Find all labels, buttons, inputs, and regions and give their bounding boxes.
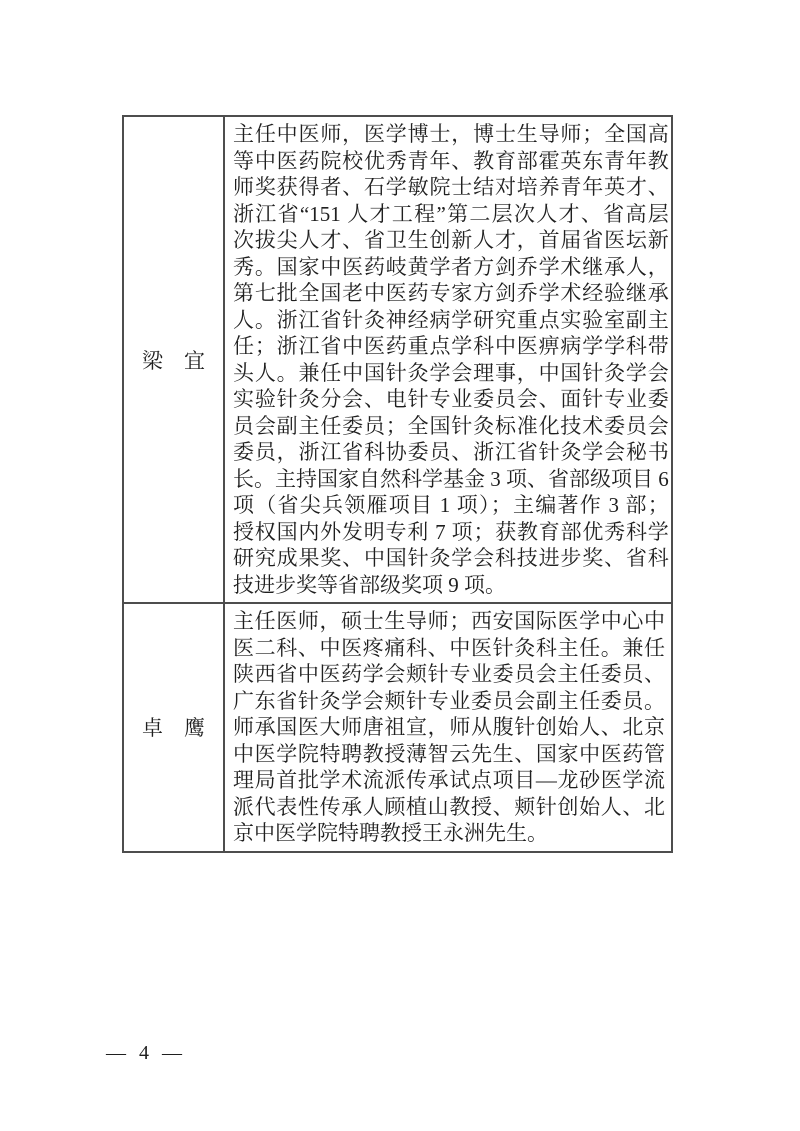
bio-line: 秀。国家中医药岐黄学者方剑乔学术继承人， — [233, 254, 669, 281]
bio-line: 等中医药院校优秀青年、教育部霍英东青年教 — [233, 148, 669, 175]
bio-line: 项（省尖兵领雁项目 1 项）；主编著作 3 部； — [233, 492, 669, 519]
bio-line: 浙江省“151 人才工程”第二层次人才、省高层 — [233, 201, 669, 228]
bio-line: 授权国内外发明专利 7 项；获教育部优秀科学 — [233, 519, 669, 546]
bio-line: 京中医学院特聘教授王永洲先生。 — [233, 820, 665, 847]
bio-line: 师承国医大师唐祖宣，师从腹针创始人、北京 — [233, 714, 665, 741]
person-bio-cell: 主任医师，硕士生导师；西安国际医学中心中医二科、中医疼痛科、中医针灸科主任。兼任… — [225, 604, 671, 851]
document-page: 梁 宜 主任中医师，医学博士，博士生导师；全国高等中医药院校优秀青年、教育部霍英… — [0, 0, 800, 1131]
bio-line: 派代表性传承人顾植山教授、颊针创始人、北 — [233, 794, 665, 821]
bio-line: 头人。兼任中国针灸学会理事，中国针灸学会 — [233, 360, 669, 387]
bio-line: 次拔尖人才、省卫生创新人才，首届省医坛新 — [233, 227, 669, 254]
bio-line: 员会副主任委员；全国针灸标准化技术委员会 — [233, 413, 669, 440]
bio-line: 人。浙江省针灸神经病学研究重点实验室副主 — [233, 307, 669, 334]
table-row: 卓 鹰 主任医师，硕士生导师；西安国际医学中心中医二科、中医疼痛科、中医针灸科主… — [124, 604, 671, 851]
bio-line: 主任中医师，医学博士，博士生导师；全国高 — [233, 121, 669, 148]
person-name-cell: 梁 宜 — [124, 117, 225, 602]
bio-line: 陕西省中医药学会颊针专业委员会主任委员、 — [233, 661, 665, 688]
bio-line: 师奖获得者、石学敏院士结对培养青年英才、 — [233, 174, 669, 201]
bio-line: 理局首批学术流派传承试点项目—龙砂医学流 — [233, 767, 665, 794]
bio-table: 梁 宜 主任中医师，医学博士，博士生导师；全国高等中医药院校优秀青年、教育部霍英… — [122, 115, 673, 853]
bio-line: 第七批全国老中医药专家方剑乔学术经验继承 — [233, 280, 669, 307]
table-row: 梁 宜 主任中医师，医学博士，博士生导师；全国高等中医药院校优秀青年、教育部霍英… — [124, 117, 671, 604]
bio-line: 中医学院特聘教授薄智云先生、国家中医药管 — [233, 741, 665, 768]
bio-line: 任；浙江省中医药重点学科中医痹病学学科带 — [233, 333, 669, 360]
bio-line: 长。主持国家自然科学基金 3 项、省部级项目 6 — [233, 466, 669, 493]
page-number: — 4 — — [106, 1042, 186, 1065]
person-name-cell: 卓 鹰 — [124, 604, 225, 851]
bio-line: 广东省针灸学会颊针专业委员会副主任委员。 — [233, 688, 665, 715]
person-name: 梁 宜 — [142, 345, 205, 375]
bio-line: 医二科、中医疼痛科、中医针灸科主任。兼任 — [233, 635, 665, 662]
person-bio-cell: 主任中医师，医学博士，博士生导师；全国高等中医药院校优秀青年、教育部霍英东青年教… — [225, 117, 675, 602]
bio-line: 技进步奖等省部级奖项 9 项。 — [233, 572, 669, 599]
bio-line: 委员，浙江省科协委员、浙江省针灸学会秘书 — [233, 439, 669, 466]
bio-line: 实验针灸分会、电针专业委员会、面针专业委 — [233, 386, 669, 413]
person-name: 卓 鹰 — [142, 712, 205, 742]
bio-line: 主任医师，硕士生导师；西安国际医学中心中 — [233, 608, 665, 635]
bio-line: 研究成果奖、中国针灸学会科技进步奖、省科 — [233, 545, 669, 572]
